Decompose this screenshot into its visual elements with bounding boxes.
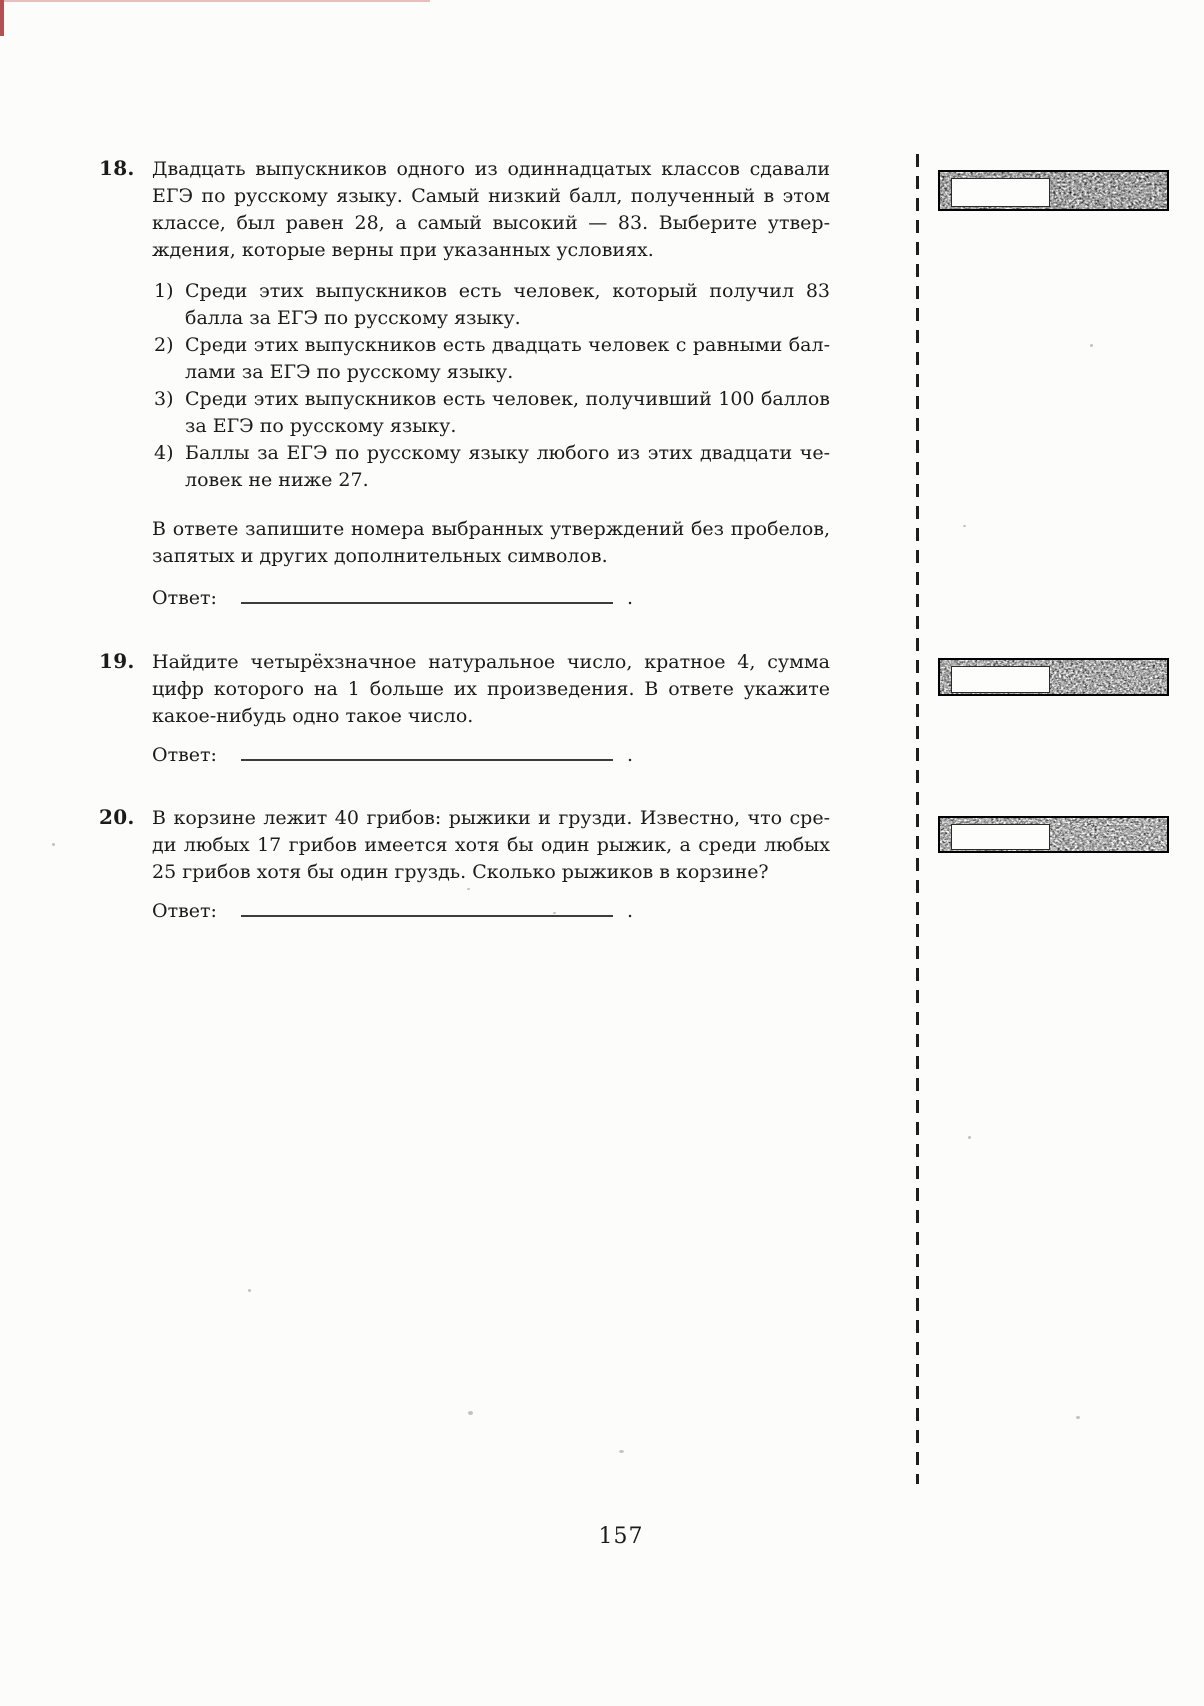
problem-18-instruction: В ответе запишите номера выбранных утвер…: [152, 516, 830, 570]
scan-speck: [1076, 1416, 1080, 1419]
text-line: за ЕГЭ по русскому языку.: [185, 413, 830, 440]
text-line: Двадцать выпускников одного из одиннадца…: [152, 156, 830, 183]
scan-speck: [468, 1411, 473, 1415]
answer-blank-line: [241, 897, 613, 917]
problem-18-answer-row: Ответ:.: [152, 584, 633, 614]
text-line: какое-нибудь одно такое число.: [152, 703, 830, 730]
problem-18-statements-list: 1)Среди этих выпускников есть человек, к…: [152, 278, 830, 494]
list-item: 4)Баллы за ЕГЭ по русскому языку любого …: [152, 440, 830, 494]
problem-20-number: 20.: [99, 805, 135, 829]
scan-speck: [52, 843, 55, 846]
scan-box-entry-field: [951, 666, 1050, 693]
list-item-marker: 2): [154, 332, 174, 359]
list-item-marker: 4): [154, 440, 174, 467]
scan-speck: [968, 1136, 971, 1139]
problem-19-number: 19.: [99, 649, 135, 673]
text-line: ди любых 17 грибов имеется хотя бы один …: [152, 832, 830, 859]
margin-scan-box-1: [938, 170, 1169, 211]
scan-box-entry-field: [951, 824, 1050, 850]
answer-label: Ответ:: [152, 744, 217, 766]
list-item: 1)Среди этих выпускников есть человек, к…: [152, 278, 830, 332]
problem-18-number: 18.: [99, 156, 135, 180]
scanned-workbook-page: 18. Двадцать выпускников одного из одинн…: [0, 0, 1204, 1706]
problem-19-answer-row: Ответ:.: [152, 741, 633, 771]
text-line: Среди этих выпускников есть человек, кот…: [185, 278, 830, 305]
list-item: 2)Среди этих выпускников есть двадцать ч…: [152, 332, 830, 386]
scan-edge-artifact-top: [0, 0, 430, 2]
problem-18-intro: Двадцать выпускников одного из одиннадца…: [152, 156, 830, 264]
scan-speck: [248, 1289, 251, 1292]
text-line: В корзине лежит 40 грибов: рыжики и груз…: [152, 805, 830, 832]
margin-scan-box-3: [938, 816, 1169, 853]
scan-speck: [467, 888, 470, 890]
answer-label: Ответ:: [152, 900, 217, 922]
answer-period: .: [627, 744, 633, 766]
text-line: Баллы за ЕГЭ по русскому языку любого из…: [185, 440, 830, 467]
list-item: 3)Среди этих выпускников есть человек, п…: [152, 386, 830, 440]
text-line: лами за ЕГЭ по русскому языку.: [185, 359, 830, 386]
scan-speck: [553, 912, 556, 914]
margin-scan-box-2: [938, 658, 1169, 696]
answer-period: .: [627, 587, 633, 609]
problem-20-text: В корзине лежит 40 грибов: рыжики и груз…: [152, 805, 830, 886]
list-item-marker: 3): [154, 386, 174, 413]
answer-period: .: [627, 900, 633, 922]
text-line: цифр которого на 1 больше их произведени…: [152, 676, 830, 703]
problem-19-text: Найдите четырёхзначное натуральное число…: [152, 649, 830, 730]
text-line: классе, был равен 28, а самый высокий — …: [152, 210, 830, 237]
text-line: балла за ЕГЭ по русскому языку.: [185, 305, 830, 332]
margin-dashed-divider: [916, 154, 919, 1484]
scan-edge-artifact: [0, 0, 4, 36]
text-line: ЕГЭ по русскому языку. Самый низкий балл…: [152, 183, 830, 210]
scan-speck: [963, 525, 966, 527]
answer-label: Ответ:: [152, 587, 217, 609]
scan-speck: [1090, 344, 1093, 347]
problem-20-answer-row: Ответ:.: [152, 897, 633, 927]
scan-speck: [619, 1450, 624, 1453]
text-line: Найдите четырёхзначное натуральное число…: [152, 649, 830, 676]
answer-blank-line: [241, 741, 613, 761]
scan-box-entry-field: [951, 178, 1050, 207]
text-line: 25 грибов хотя бы один груздь. Сколько р…: [152, 859, 830, 886]
text-line: ждения, которые верны при указанных усло…: [152, 237, 830, 264]
answer-blank-line: [241, 584, 613, 604]
text-line: запятых и других дополнительных символов…: [152, 543, 830, 570]
text-line: Среди этих выпускников есть человек, пол…: [185, 386, 830, 413]
list-item-marker: 1): [154, 278, 174, 305]
text-line: В ответе запишите номера выбранных утвер…: [152, 516, 830, 543]
text-line: Среди этих выпускников есть двадцать чел…: [185, 332, 830, 359]
text-line: ловек не ниже 27.: [185, 467, 830, 494]
page-number: 157: [561, 1524, 681, 1549]
